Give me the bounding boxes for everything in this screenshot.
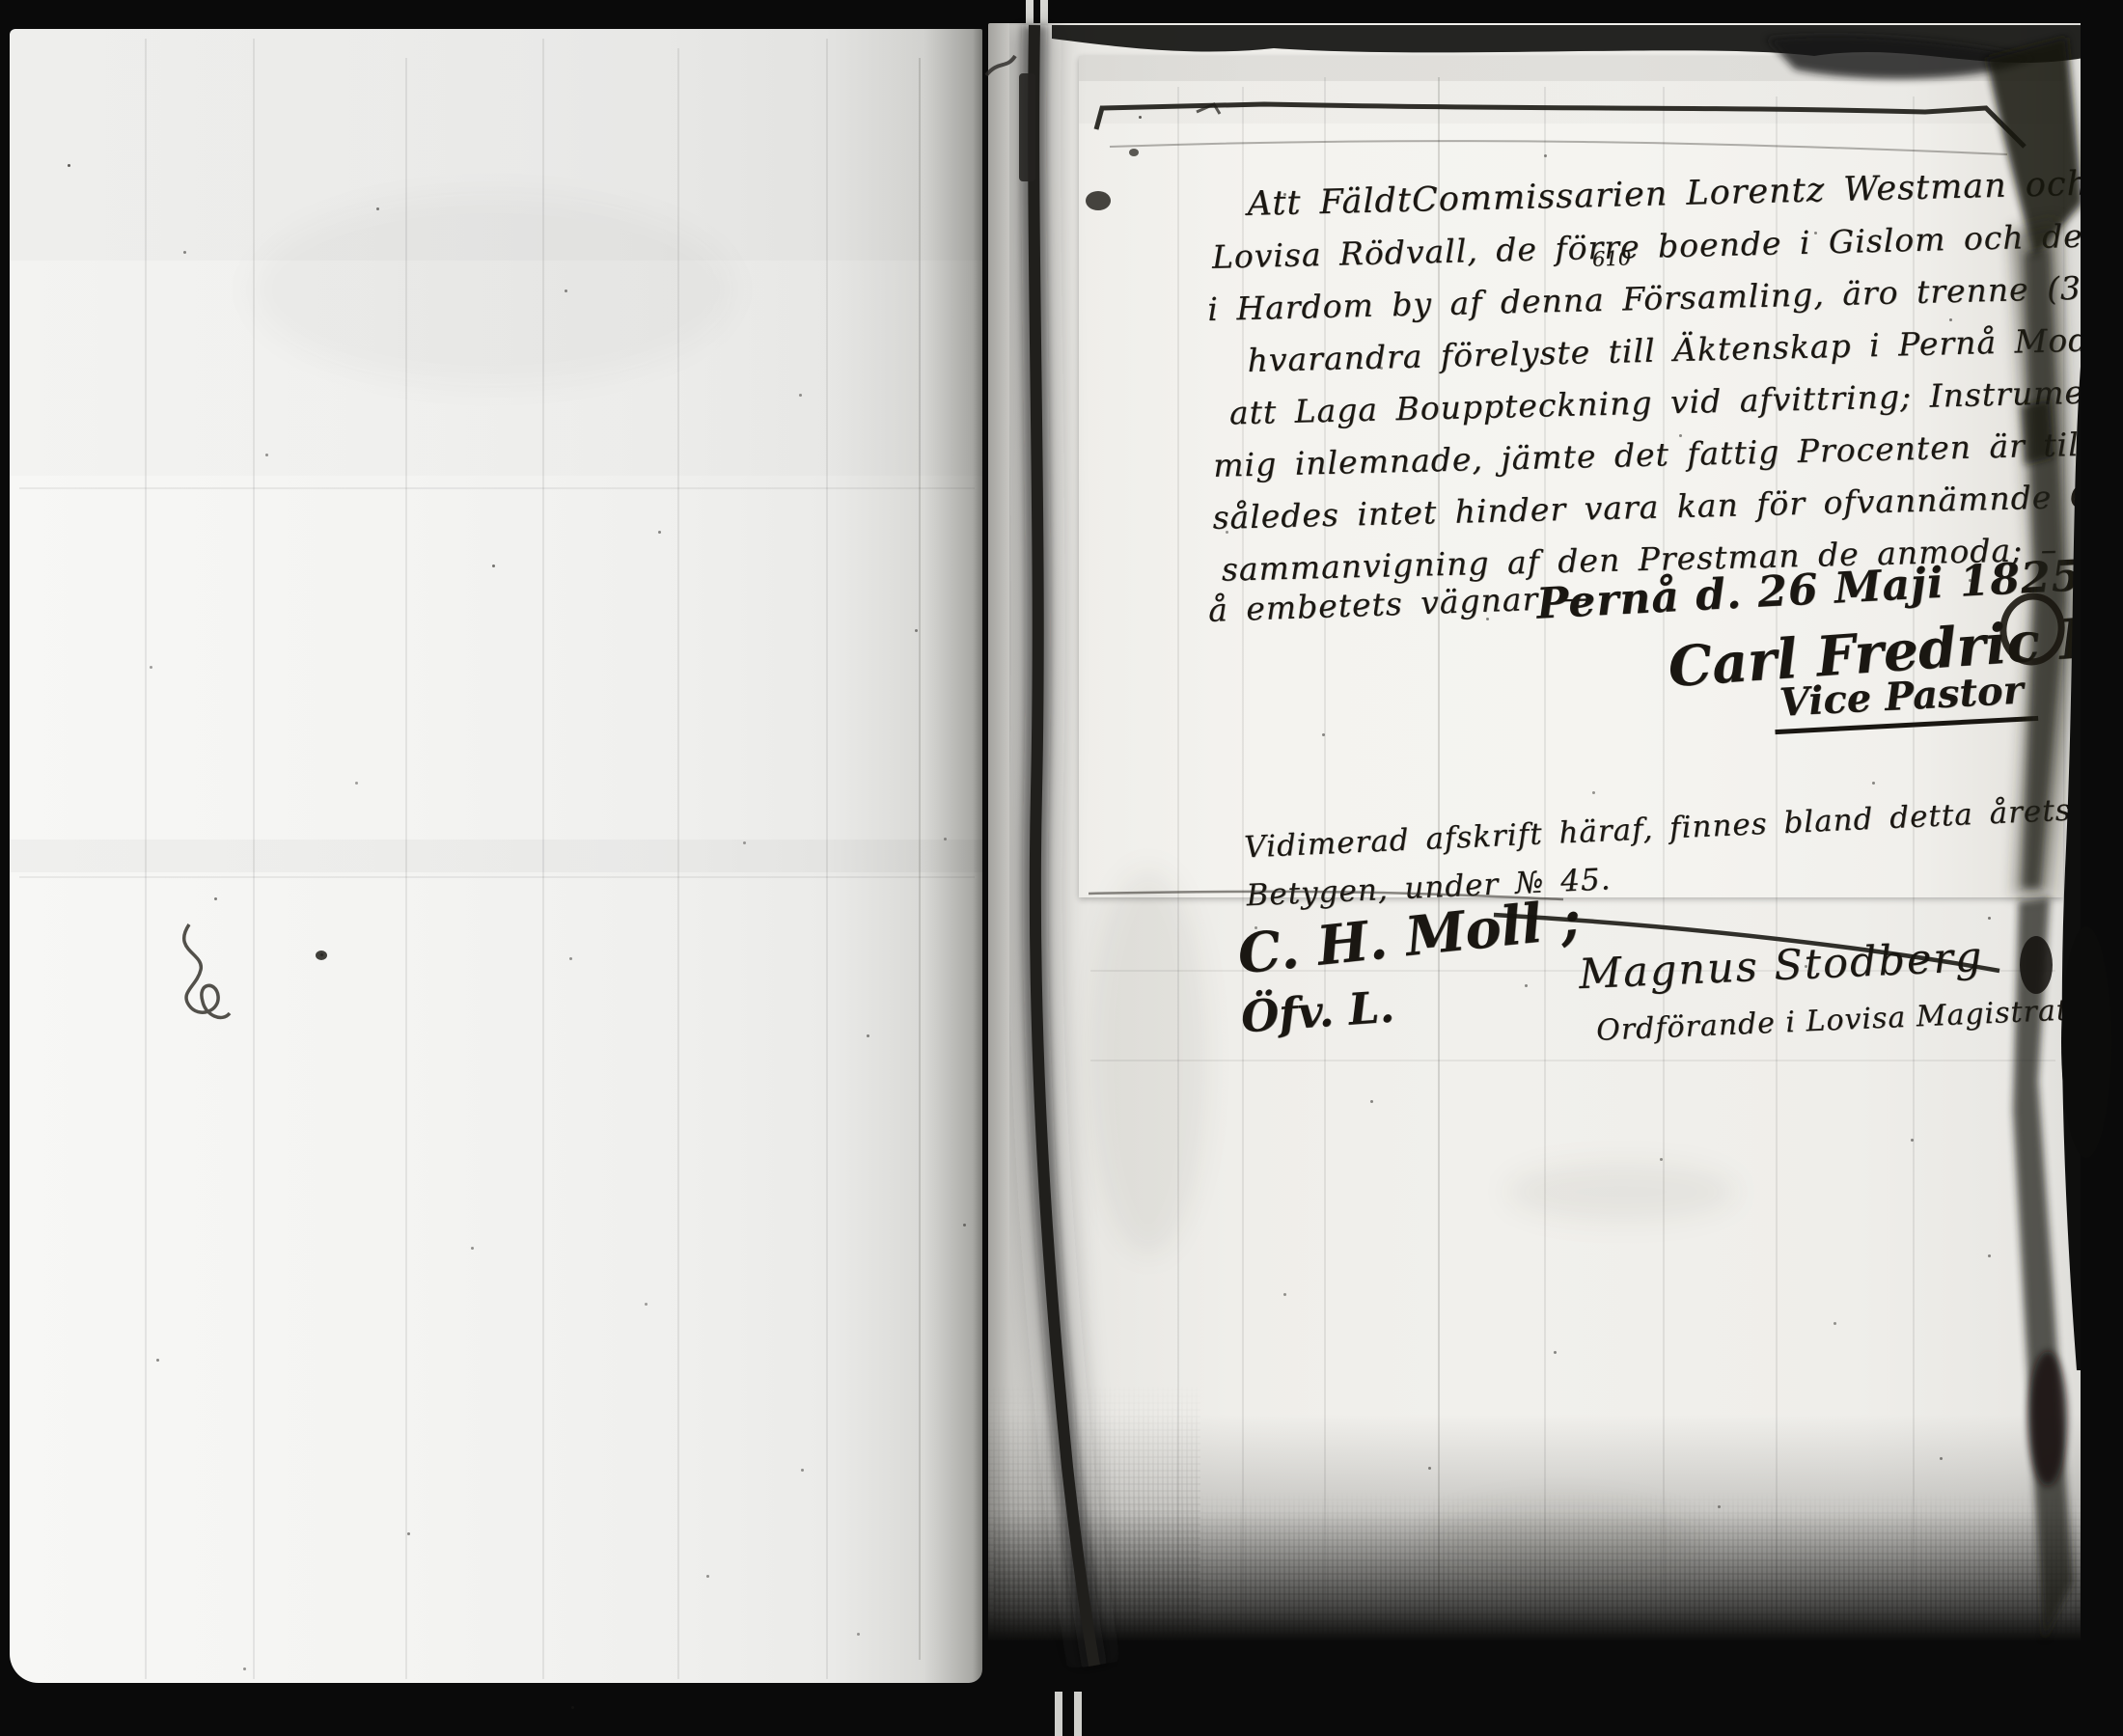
- gutter-grain: [988, 1380, 1200, 1640]
- dust-specks: [68, 164, 70, 167]
- witness-title-left: Öfv. L.: [1239, 981, 1395, 1043]
- certificate-body-text: Att FäldtCommissarien Lorentz Westman oc…: [1204, 158, 2086, 596]
- archival-scan: Att FäldtCommissarien Lorentz Westman oc…: [0, 0, 2123, 1736]
- interline-insertion-mark: 610: [1592, 246, 1632, 270]
- register-tab: [1074, 1692, 1082, 1736]
- register-tab: [1040, 0, 1048, 26]
- dust-specks: [1139, 116, 1142, 119]
- register-tab: [1055, 1692, 1062, 1736]
- fold-line: [826, 39, 828, 1679]
- scan-haze: [1090, 868, 1206, 1254]
- fold-line: [919, 58, 921, 1660]
- fold-line: [145, 39, 147, 1679]
- scan-haze: [251, 193, 733, 386]
- scan-haze: [1505, 1163, 1737, 1221]
- register-tab: [1026, 0, 1034, 29]
- ledger-rule-line: [1090, 1060, 2055, 1061]
- scan-band-line: [19, 876, 975, 878]
- scan-band-line: [19, 487, 975, 489]
